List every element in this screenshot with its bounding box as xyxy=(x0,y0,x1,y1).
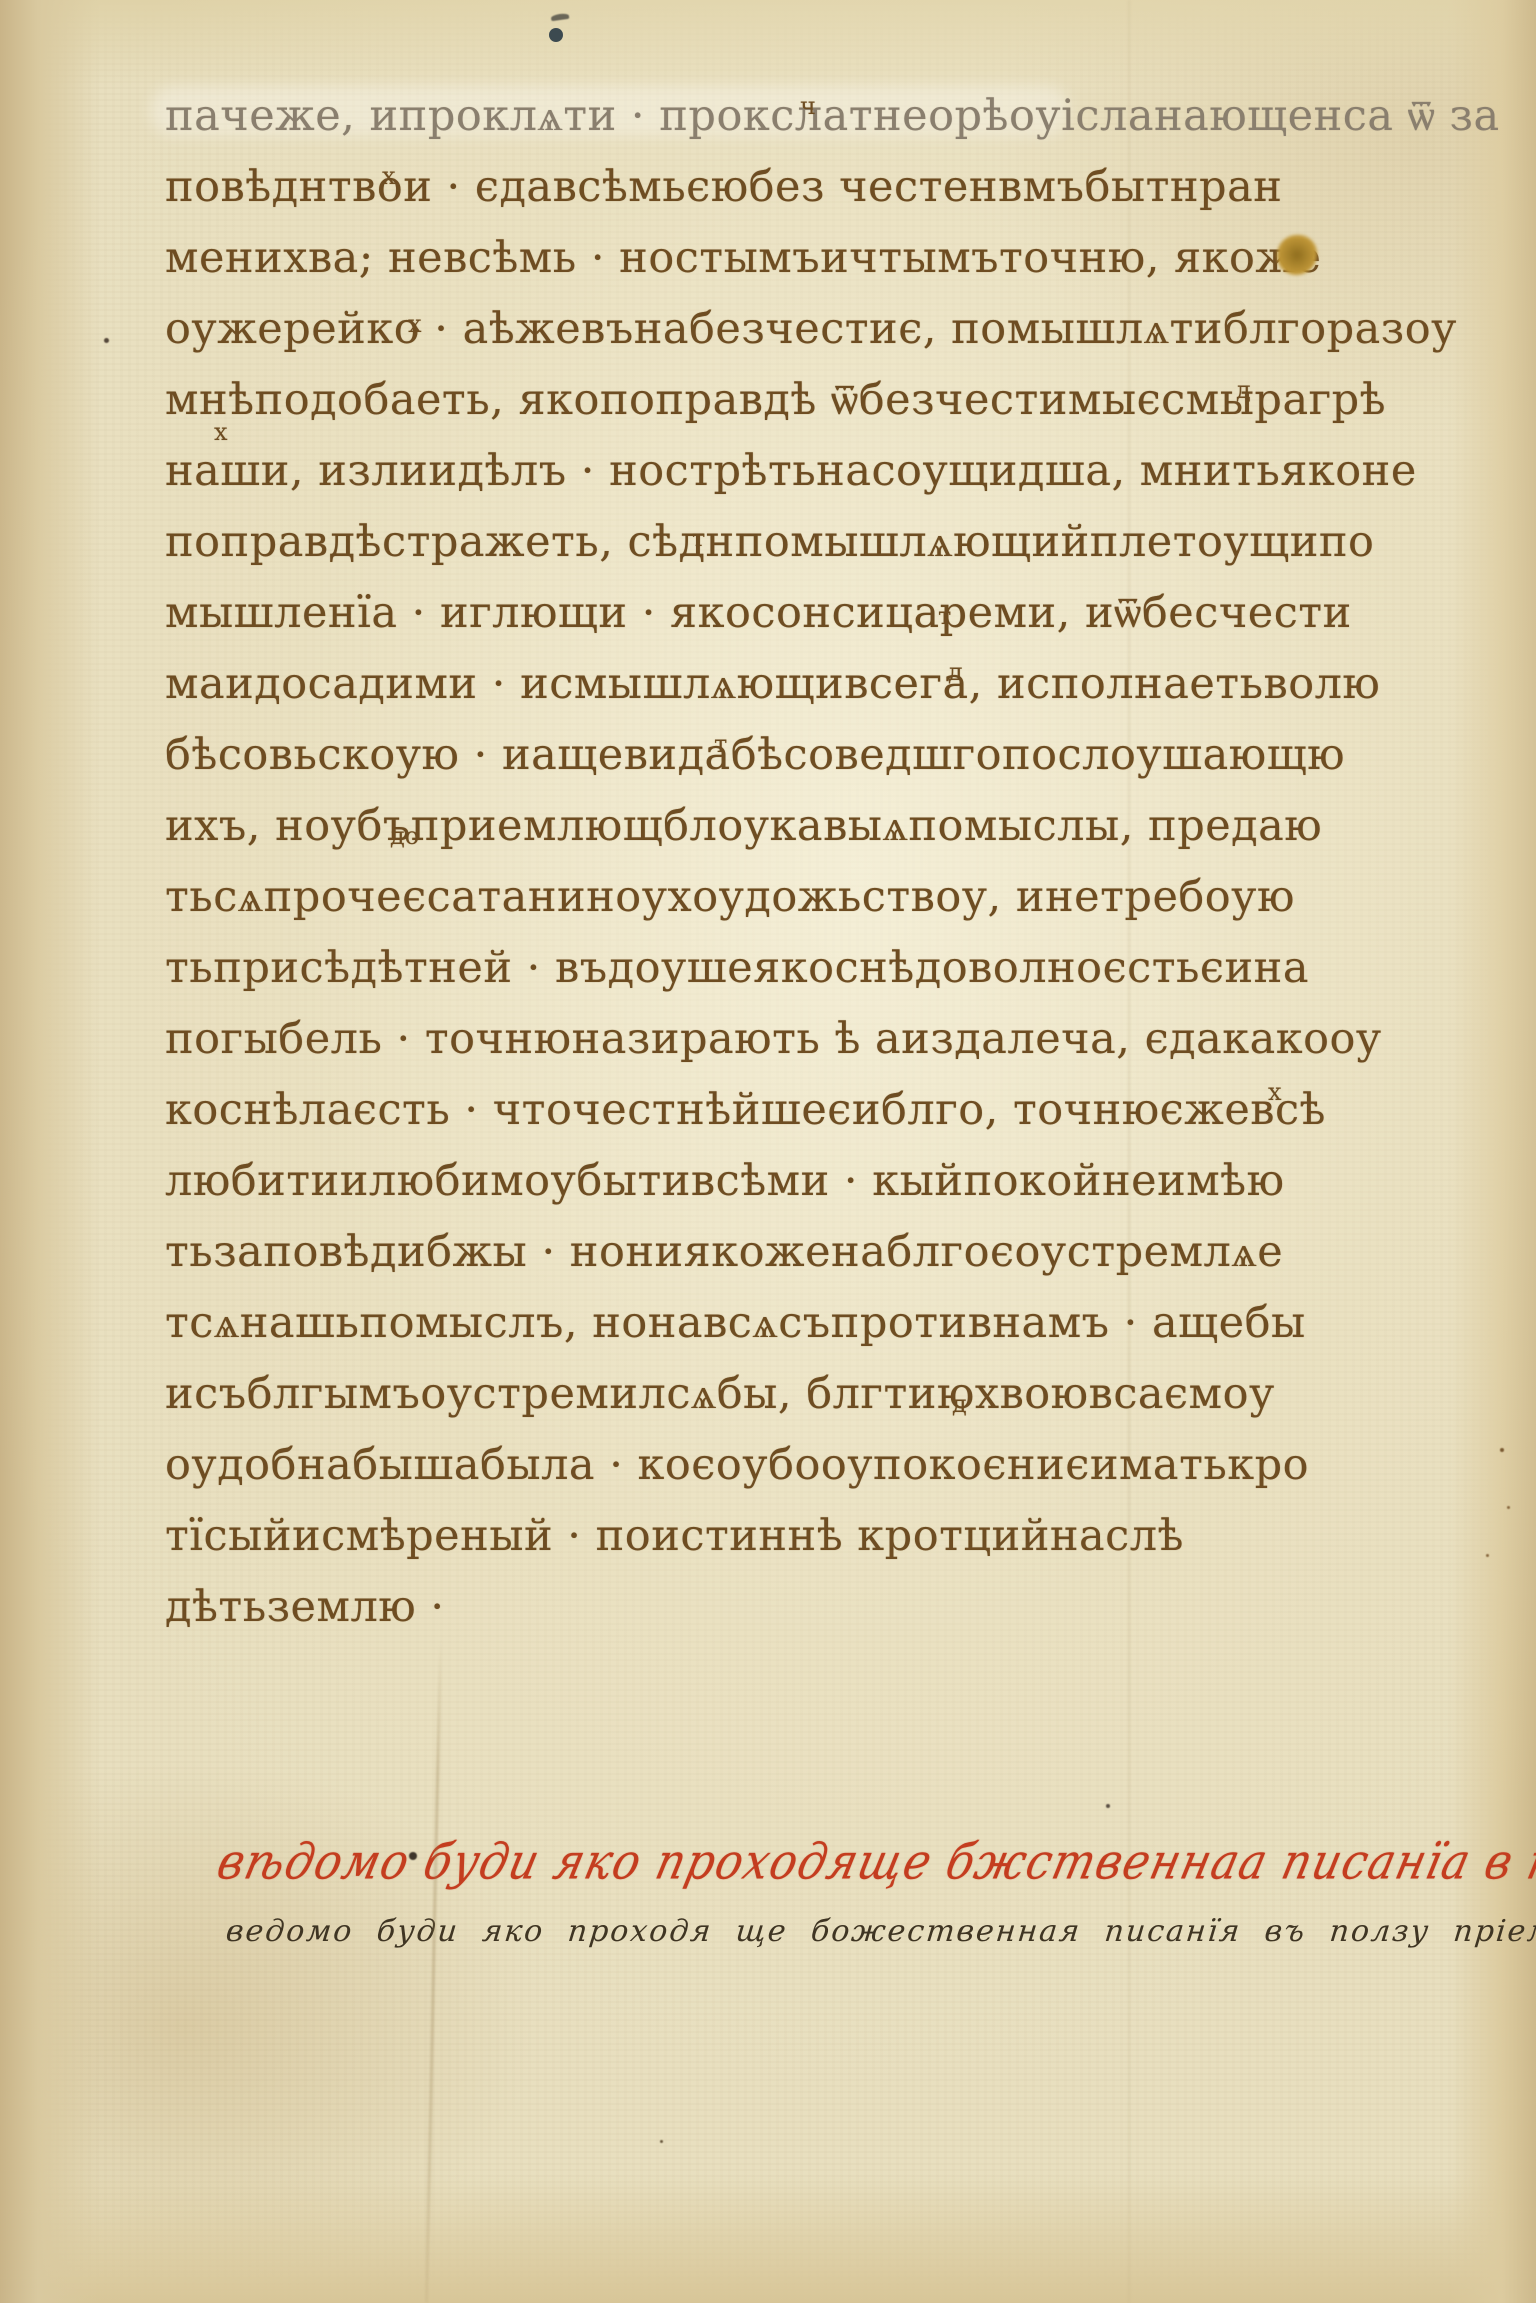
text-line: повѣднтвои · єдавсѣмьєюбез честенвмъбытн… xyxy=(165,157,1282,217)
paper-speck xyxy=(1106,1804,1110,1808)
text-line: пачеже, ипроклѧти · прокслатнеорѣоуіслан… xyxy=(165,86,1500,146)
text-line: тьприсѣдѣтней · въдоушеякоснѣдоволноєсть… xyxy=(165,938,1309,998)
text-line: дѣтьземлю · xyxy=(165,1577,445,1637)
text-line: тьсѧпрочеєсатаниноухоудожьствоу, инетреб… xyxy=(165,867,1295,927)
superscript-mark: д xyxy=(948,658,963,686)
paper-speck xyxy=(409,1852,417,1860)
superscript-mark: д xyxy=(952,1390,967,1418)
paper-speck xyxy=(1486,1554,1489,1557)
superscript-mark: т xyxy=(692,524,705,552)
superscript-mark: х xyxy=(1268,1078,1282,1106)
paper-speck xyxy=(660,2140,663,2143)
fold-crease xyxy=(425,1640,442,2303)
paper-speck xyxy=(104,338,109,343)
faint-vertical-crease xyxy=(1128,0,1130,2303)
superscript-mark: х xyxy=(382,162,396,190)
text-line: исъблгымъоустремилсѧбы, блгтиюхвоювсаємо… xyxy=(165,1364,1275,1424)
text-line: тсѧнашьпомыслъ, нонавсѧсъпротивнамъ · ащ… xyxy=(165,1293,1306,1353)
superscript-mark: х xyxy=(408,310,422,338)
paper-speck xyxy=(1500,1448,1504,1452)
text-line: коснѣлаєсть · чточестнѣйшеєиблго, точнює… xyxy=(165,1080,1326,1140)
text-line: наши, излиидѣлъ · нострѣтьнасоущидша, мн… xyxy=(165,441,1417,501)
paper-speck xyxy=(1507,1506,1510,1509)
text-line: погыбель · точнюназирають ѣ аиздалеча, є… xyxy=(165,1009,1382,1069)
text-line: ихъ, ноубъприемлющблоукавыѧпомыслы, пред… xyxy=(165,796,1322,856)
text-line: мнѣподобаеть, якопоправдѣ ѿбезчестимыєсм… xyxy=(165,370,1386,430)
text-line: оудобнабышабыла · коєоубооупокоєниєимать… xyxy=(165,1435,1309,1495)
superscript-mark: х xyxy=(214,418,228,446)
superscript-mark: д xyxy=(1236,376,1251,404)
text-line: менихва; невсѣмь · ностымъичтымъточню, я… xyxy=(165,228,1321,288)
ink-dash xyxy=(551,13,570,21)
text-line: мышленїа · иглющи · якосонсицареми, иѿбе… xyxy=(165,583,1352,643)
text-line: тьзаповѣдибжы · нониякоженаблгоєоустремл… xyxy=(165,1222,1283,1282)
superscript-mark: до xyxy=(390,822,419,850)
text-line: маидосадими · исмышлѧющивсега, исполнает… xyxy=(165,654,1380,714)
manuscript-page: пачеже, ипроклѧти · прокслатнеорѣоуіслан… xyxy=(0,0,1536,2303)
text-line: бѣсовьскоую · иащевидабѣсоведшгопослоуша… xyxy=(165,725,1345,785)
rubric-text: вѣдомо буди яко проходяще бжственнаа пис… xyxy=(212,1834,1536,1891)
text-line: тїсыйисмѣреный · поистиннѣ кротцийнаслѣ xyxy=(165,1506,1184,1566)
text-line: оужерейко · аѣжевънабезчестиє, помышлѧти… xyxy=(165,299,1457,359)
ink-dot xyxy=(549,28,563,42)
text-line: любитиилюбимоубытивсѣми · кыйпокойнеимѣю xyxy=(165,1151,1285,1211)
rubric-line: вѣдомо буди яко проходяще бжственнаа пис… xyxy=(212,1834,1515,1891)
text-line: поправдѣстражеть, сѣднпомышлѧющийплетоущ… xyxy=(165,512,1374,572)
gloss-line: ведомо буди яко проходя ще божественная … xyxy=(224,1914,1378,1949)
superscript-mark: т xyxy=(714,730,727,758)
superscript-mark: ч xyxy=(800,92,816,120)
superscript-mark: т xyxy=(938,602,951,630)
